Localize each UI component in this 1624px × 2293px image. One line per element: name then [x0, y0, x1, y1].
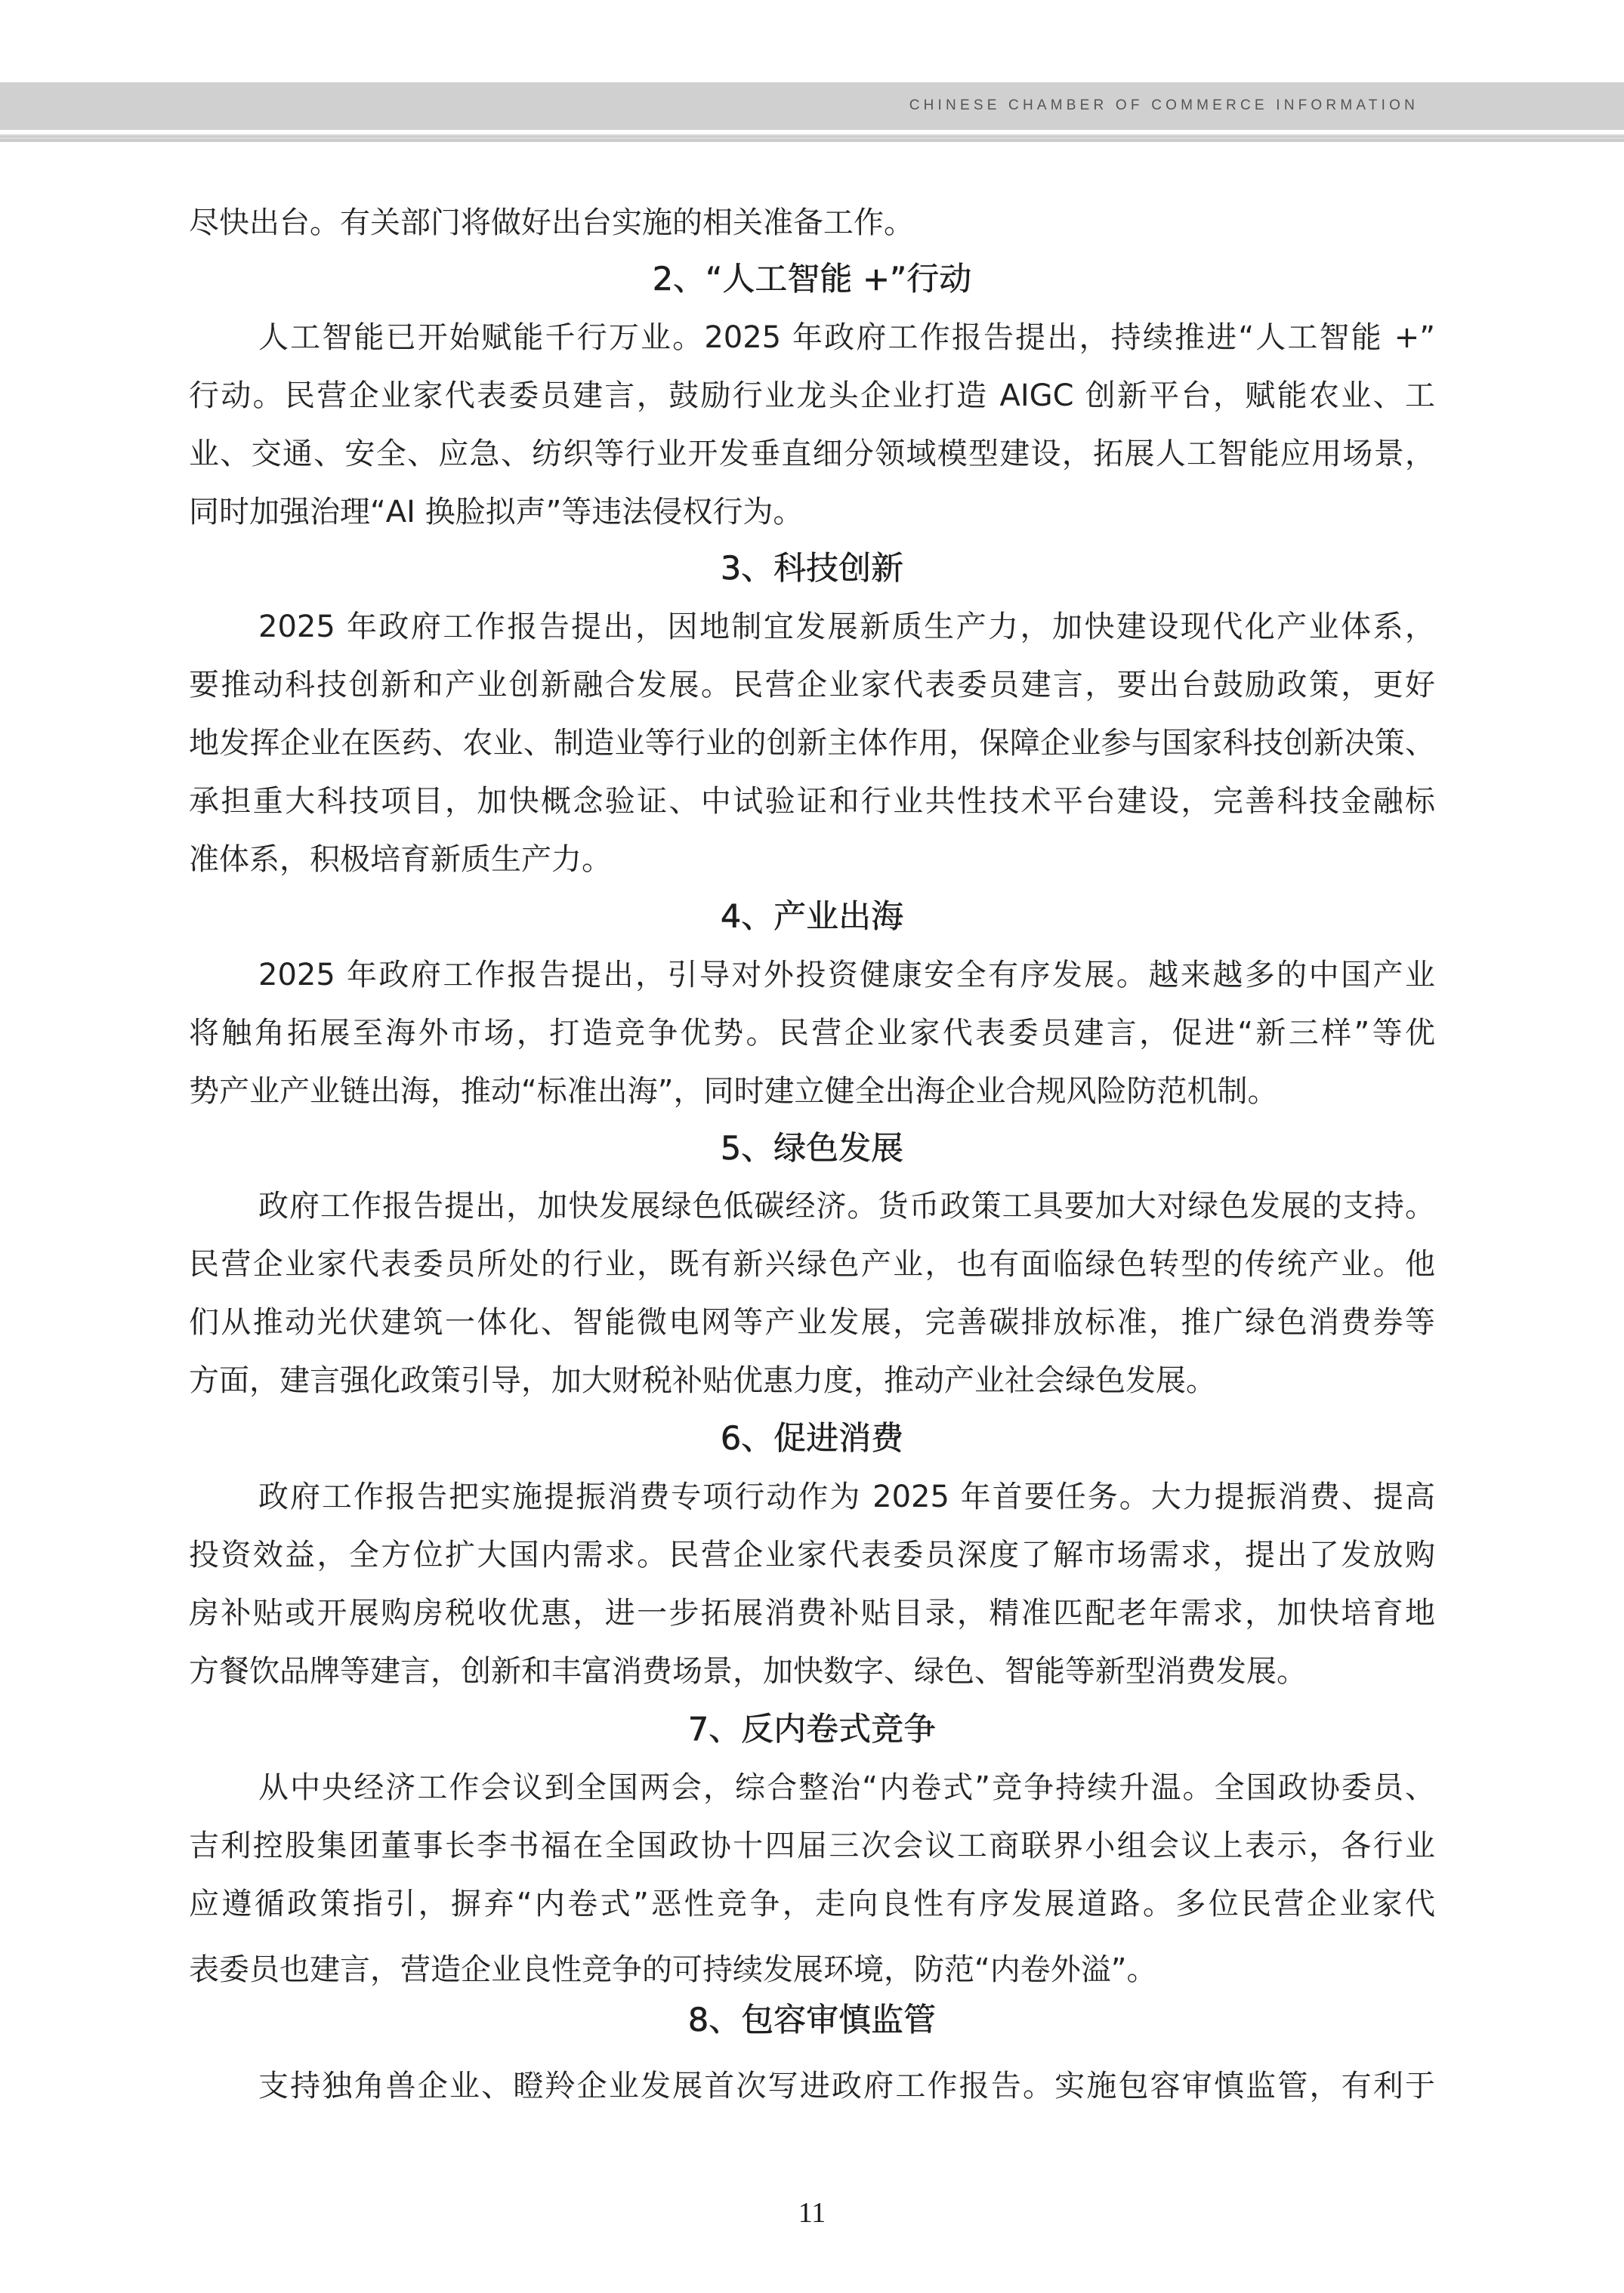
paragraph-line: 尽快出台。有关部门将做好出台实施的相关准备工作。 [189, 204, 1435, 242]
paragraph-line: 支持独角兽企业、瞪羚企业发展首次写进政府工作报告。实施包容审慎监管，有利于 [258, 2067, 1435, 2105]
section-heading-tech-innovation: 3、科技创新 [189, 548, 1435, 590]
paragraph-line: 政府工作报告提出，加快发展绿色低碳经济。货币政策工具要加大对绿色发展的支持。 [258, 1187, 1435, 1225]
page-number: 11 [0, 2196, 1624, 2230]
paragraph-line: 方餐饮品牌等建言，创新和丰富消费场景，加快数字、绿色、智能等新型消费发展。 [189, 1653, 1435, 1690]
section-heading-green-development: 5、绿色发展 [189, 1128, 1435, 1170]
section-heading-going-global: 4、产业出海 [189, 896, 1435, 938]
paragraph-line: 要推动科技创新和产业创新融合发展。民营企业家代表委员建言，要出台鼓励政策，更好 [189, 666, 1435, 704]
paragraph-line: 2025 年政府工作报告提出，引导对外投资健康安全有序发展。越来越多的中国产业 [258, 956, 1435, 994]
paragraph-line: 将触角拓展至海外市场，打造竞争优势。民营企业家代表委员建言，促进“新三样”等优 [189, 1014, 1435, 1052]
section-heading-anti-involution: 7、反内卷式竞争 [189, 1708, 1435, 1751]
paragraph-line: 吉利控股集团董事长李书福在全国政协十四届三次会议工商联界小组会议上表示，各行业 [189, 1827, 1435, 1865]
paragraph-line: 方面，建言强化政策引导，加大财税补贴优惠力度，推动产业社会绿色发展。 [189, 1362, 1435, 1400]
paragraph-line: 势产业产业链出海，推动“标准出海”，同时建立健全出海企业合规风险防范机制。 [189, 1072, 1435, 1110]
paragraph-line: 业、交通、安全、应急、纺织等行业开发垂直细分领域模型建设，拓展人工智能应用场景， [189, 435, 1435, 473]
paragraph-line: 应遵循政策指引，摒弃“内卷式”恶性竞争，走向良性有序发展道路。多位民营企业家代 [189, 1885, 1435, 1923]
section-heading-promote-consumption: 6、促进消费 [189, 1418, 1435, 1460]
paragraph-line: 人工智能已开始赋能千行万业。2025 年政府工作报告提出，持续推进“人工智能 +… [258, 319, 1435, 356]
publication-name: CHINESE CHAMBER OF COMMERCE INFORMATION [909, 97, 1419, 114]
paragraph-line: 民营企业家代表委员所处的行业，既有新兴绿色产业，也有面临绿色转型的传统产业。他 [189, 1245, 1435, 1283]
section-heading-inclusive-regulation: 8、包容审慎监管 [189, 1999, 1435, 2041]
paragraph-line: 投资效益，全方位扩大国内需求。民营企业家代表委员深度了解市场需求，提出了发放购 [189, 1536, 1435, 1574]
paragraph-line: 从中央经济工作会议到全国两会，综合整治“内卷式”竞争持续升温。全国政协委员、 [258, 1769, 1435, 1807]
paragraph-line: 2025 年政府工作报告提出，因地制宜发展新质生产力，加快建设现代化产业体系， [258, 608, 1435, 646]
paragraph-line: 承担重大科技项目，加快概念验证、中试验证和行业共性技术平台建设，完善科技金融标 [189, 782, 1435, 820]
paragraph-line: 表委员也建言，营造企业良性竞争的可持续发展环境，防范“内卷外溢”。 [189, 1951, 1435, 1989]
paragraph-line: 房补贴或开展购房税收优惠，进一步拓展消费补贴目录，精准匹配老年需求，加快培育地 [189, 1594, 1435, 1632]
paragraph-line: 行动。民营企业家代表委员建言，鼓励行业龙头企业打造 AIGC 创新平台，赋能农业… [189, 377, 1435, 415]
section-heading-ai-plus: 2、“人工智能 +”行动 [189, 258, 1435, 301]
paragraph-line: 地发挥企业在医药、农业、制造业等行业的创新主体作用，保障企业参与国家科技创新决策… [189, 724, 1435, 762]
paragraph-line: 政府工作报告把实施提振消费专项行动作为 2025 年首要任务。大力提振消费、提高 [258, 1478, 1435, 1516]
header-divider [0, 134, 1624, 142]
paragraph-line: 准体系，积极培育新质生产力。 [189, 841, 1435, 878]
paragraph-line: 同时加强治理“AI 换脸拟声”等违法侵权行为。 [189, 493, 1435, 531]
paragraph-line: 们从推动光伏建筑一体化、智能微电网等产业发展，完善碳排放标准，推广绿色消费券等 [189, 1304, 1435, 1341]
running-header-bar: CHINESE CHAMBER OF COMMERCE INFORMATION [0, 82, 1624, 130]
